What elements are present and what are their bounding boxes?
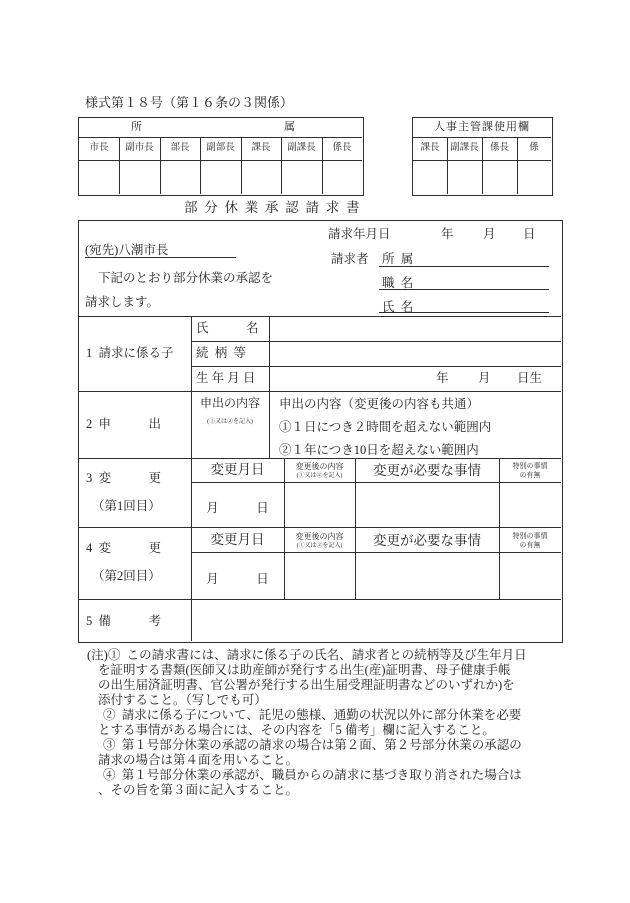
row3-label2: （第1回目） bbox=[92, 499, 161, 513]
affiliation-label: 所 属 bbox=[382, 252, 413, 266]
divider bbox=[79, 458, 561, 459]
stamp-col-vice-sec: 副課長 bbox=[281, 137, 322, 160]
application-content-note: (①又は②を記入) bbox=[194, 418, 266, 425]
divider bbox=[191, 552, 561, 553]
row4-after-label: 変更後の内容 bbox=[284, 532, 355, 541]
row4-label: 4 変 更 bbox=[86, 541, 161, 555]
divider bbox=[191, 316, 192, 641]
application-content-label: 申出の内容 bbox=[191, 397, 269, 411]
row4-special-line1: 特別の事情 bbox=[499, 532, 561, 540]
row2-label: 2 申 出 bbox=[86, 417, 161, 431]
row3-after-note: (①又は②を記入) bbox=[287, 472, 352, 479]
stamp-col-mayor: 市長 bbox=[79, 137, 119, 160]
child-birth-label: 生 年 月 日 bbox=[196, 371, 255, 385]
form-page: 様式第１８号（第１６条の３関係） 所 属 市長 副市長 部長 副部長 課長 副課… bbox=[0, 0, 630, 903]
stamp-col-vice-dept: 副部長 bbox=[200, 137, 241, 160]
row3-change-date-label: 変更月日 bbox=[191, 462, 284, 478]
divider bbox=[191, 366, 561, 367]
application-line3: ②１年につき10日を超えない範囲内 bbox=[279, 443, 479, 457]
row3-month-day: 月 日 bbox=[191, 501, 284, 515]
birth-year-label: 年 bbox=[436, 371, 449, 385]
divider bbox=[79, 599, 561, 600]
form-number: 様式第１８号（第１６条の３関係） bbox=[85, 96, 293, 111]
hr-stamp-table: 人事主管課使用欄 課長 副課長 係長 係 bbox=[412, 117, 553, 196]
note-line-5: ② 請求に係る子について、託児の態様、通勤の状況以外に部分休業を必要 bbox=[103, 708, 521, 722]
hr-table-header: 人事主管課使用欄 bbox=[413, 121, 551, 134]
stamp-col-chief: 係長 bbox=[322, 137, 362, 160]
divider bbox=[79, 527, 561, 528]
note-line-1: (注)① この請求書には、請求に係る子の氏名、請求者との続柄等及び生年月日 bbox=[87, 648, 527, 662]
affiliation-underline bbox=[379, 266, 549, 267]
row3-special-line1: 特別の事情 bbox=[499, 462, 561, 470]
row3-special-line2: の有無 bbox=[499, 471, 561, 479]
row4-reason-label: 変更が必要な事情 bbox=[355, 533, 499, 549]
application-line1: 申出の内容（変更後の内容も共通） bbox=[279, 397, 479, 411]
document-title: 部 分 休 業 承 認 請 求 書 bbox=[184, 200, 360, 216]
row4-special-line2: の有無 bbox=[499, 541, 561, 549]
hr-col-staff: 係 bbox=[517, 137, 551, 160]
department-header-left: 所 bbox=[131, 121, 143, 134]
request-body-line2: 請求します。 bbox=[85, 295, 159, 309]
row3-after-label: 変更後の内容 bbox=[284, 462, 355, 471]
note-line-4: 添付すること。（写しでも可） bbox=[98, 693, 267, 707]
divider bbox=[79, 391, 561, 392]
request-date-month: 月 bbox=[483, 227, 496, 241]
divider bbox=[284, 458, 285, 599]
row1-label: 1 請求に係る子 bbox=[86, 346, 174, 360]
divider bbox=[191, 341, 561, 342]
note-line-10: 、その旨を第３面に記入すること。 bbox=[98, 783, 298, 797]
row4-after-note: (①又は②を記入) bbox=[287, 542, 352, 549]
divider bbox=[355, 458, 356, 599]
department-stamp-table: 所 属 市長 副市長 部長 副部長 課長 副課長 係長 bbox=[78, 117, 364, 196]
birth-month-label: 月 bbox=[478, 371, 491, 385]
note-line-8: 請求の場合は第４面を用いること。 bbox=[98, 753, 298, 767]
note-line-9: ④ 第１号部分休業の承認が、職員からの請求に基づき取り消された場合は bbox=[103, 768, 522, 782]
request-date-day: 日 bbox=[523, 227, 536, 241]
child-relation-label: 続 柄 等 bbox=[196, 346, 246, 360]
hr-col-vice-sec: 副課長 bbox=[447, 137, 482, 160]
row4-change-date-label: 変更月日 bbox=[191, 532, 284, 548]
row3-reason-label: 変更が必要な事情 bbox=[355, 463, 499, 479]
stamp-col-dept-head: 部長 bbox=[160, 137, 200, 160]
requester-label: 請求者 bbox=[331, 252, 369, 266]
divider bbox=[79, 160, 362, 161]
main-form-table: 請求年月日 年 月 日 (宛先)八潮市長 請求者 所 属 下記のとおり部分休業の… bbox=[78, 220, 563, 643]
stamp-col-vice-mayor: 副市長 bbox=[119, 137, 160, 160]
position-underline bbox=[379, 289, 549, 290]
application-line2: ①１日につき２時間を超えない範囲内 bbox=[279, 420, 491, 434]
divider bbox=[191, 482, 561, 483]
stamp-col-sec-head: 課長 bbox=[241, 137, 281, 160]
addressee: (宛先)八潮市長 bbox=[85, 243, 168, 257]
row3-label: 3 変 更 bbox=[86, 471, 161, 485]
divider bbox=[79, 316, 561, 317]
hr-col-chief: 係長 bbox=[482, 137, 517, 160]
row4-label2: （第2回目） bbox=[92, 569, 161, 583]
note-line-7: ③ 第１号部分休業の承認の請求の場合は第２面、第２号部分休業の承認の bbox=[103, 738, 522, 752]
addressee-underline bbox=[85, 257, 236, 258]
row4-month-day: 月 日 bbox=[191, 572, 284, 586]
request-date-label: 請求年月日 bbox=[328, 227, 391, 241]
note-line-2: を証明する書類(医師又は助産師が発行する出生(産)証明書、母子健康手帳 bbox=[98, 663, 511, 677]
request-body-line1: 下記のとおり部分休業の承認を bbox=[98, 271, 273, 285]
birth-day-label: 日生 bbox=[517, 371, 542, 385]
request-date-year: 年 bbox=[441, 227, 454, 241]
divider bbox=[269, 316, 270, 458]
divider bbox=[499, 458, 500, 599]
name-underline bbox=[379, 312, 549, 313]
note-line-6: とする事情がある場合には、その内容を「5 備考」欄に記入すること。 bbox=[98, 723, 495, 737]
child-name-label: 氏 名 bbox=[196, 321, 259, 335]
department-header-right: 属 bbox=[284, 121, 296, 134]
row5-label: 5 備 考 bbox=[86, 614, 161, 628]
hr-col-sec-head: 課長 bbox=[413, 137, 447, 160]
note-line-3: の出生届済証明書、官公署が発行する出生届受理証明書などのいずれか)を bbox=[98, 678, 515, 692]
